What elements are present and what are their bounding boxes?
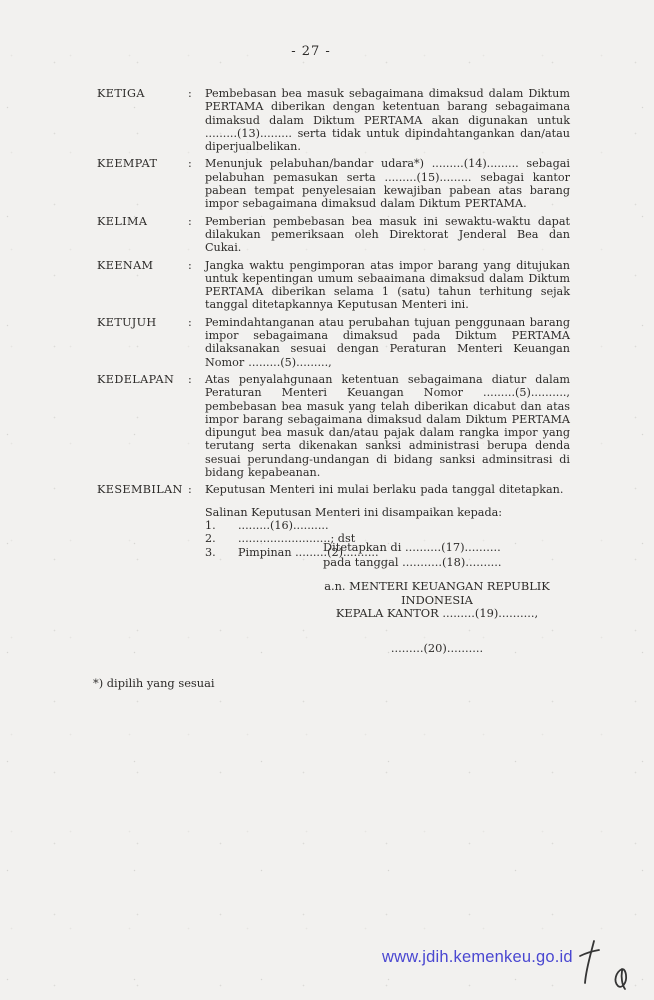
dictum-list: KETIGA : Pembebasan bea masuk sebagaiman… bbox=[97, 87, 570, 559]
dictum-row-ketujuh: KETUJUH : Pemindahtanganan atau perubaha… bbox=[97, 316, 570, 369]
handwritten-pen-mark bbox=[575, 933, 645, 999]
closing-place: Ditetapkan di ..........(17).......... bbox=[323, 540, 502, 555]
dictum-label: KELIMA bbox=[97, 215, 188, 255]
watermark: www.jdih.kemenkeu.go.id bbox=[382, 948, 573, 967]
dictum-text: Pemindahtanganan atau perubahan tujuan p… bbox=[205, 316, 570, 369]
dictum-colon: : bbox=[188, 87, 205, 153]
page-number: - 27 - bbox=[0, 44, 622, 59]
closing-date: pada tanggal ...........(18).......... bbox=[323, 555, 502, 570]
closing-place-date: Ditetapkan di ..........(17).......... p… bbox=[323, 540, 502, 569]
item-number: 1. bbox=[205, 519, 238, 532]
distribution-intro: Salinan Keputusan Menteri ini disampaika… bbox=[205, 506, 570, 519]
signature-placeholder: .........(20).......... bbox=[293, 641, 581, 655]
distribution-item: 1. .........(16).......... bbox=[205, 519, 570, 532]
dictum-colon: : bbox=[188, 259, 205, 312]
dictum-row-keempat: KEEMPAT : Menunjuk pelabuhan/bandar udar… bbox=[97, 157, 570, 210]
dictum-label: KEEMPAT bbox=[97, 157, 188, 210]
scanned-document-page: { "ui": { "colon": ":" }, "page": { "num… bbox=[0, 0, 654, 1000]
dictum-text: Keputusan Menteri ini mulai berlaku pada… bbox=[205, 483, 570, 496]
dictum-colon: : bbox=[188, 316, 205, 369]
item-number: 2. bbox=[205, 532, 238, 545]
dictum-row-kesembilan: KESEMBILAN : Keputusan Menteri ini mulai… bbox=[97, 483, 570, 496]
dictum-colon: : bbox=[188, 373, 205, 479]
pen-stroke-t bbox=[585, 941, 594, 983]
item-number: 3. bbox=[205, 546, 238, 559]
item-text: .........(16).......... bbox=[238, 519, 329, 532]
dictum-label: KETIGA bbox=[97, 87, 188, 153]
dictum-text: Jangka waktu pengimporan atas impor bara… bbox=[205, 259, 570, 312]
authority-line-2: KEPALA KANTOR .........(19).........., bbox=[293, 607, 581, 621]
dictum-label: KETUJUH bbox=[97, 316, 188, 369]
dictum-label: KESEMBILAN bbox=[97, 483, 188, 496]
footnote: *) dipilih yang sesuai bbox=[93, 676, 215, 690]
dictum-text: Menunjuk pelabuhan/bandar udara*) ......… bbox=[205, 157, 570, 210]
dictum-colon: : bbox=[188, 215, 205, 255]
dictum-label: KEDELAPAN bbox=[97, 373, 188, 479]
dictum-text: Pembebasan bea masuk sebagaimana dimaksu… bbox=[205, 87, 570, 153]
dictum-row-kelima: KELIMA : Pemberian pembebasan bea masuk … bbox=[97, 215, 570, 255]
dictum-colon: : bbox=[188, 157, 205, 210]
dictum-text: Atas penyalahgunaan ketentuan sebagaiman… bbox=[205, 373, 570, 479]
dictum-row-keenam: KEENAM : Jangka waktu pengimporan atas i… bbox=[97, 259, 570, 312]
dictum-colon: : bbox=[188, 483, 205, 496]
dictum-text: Pemberian pembebasan bea masuk ini sewak… bbox=[205, 215, 570, 255]
dictum-row-kedelapan: KEDELAPAN : Atas penyalahgunaan ketentua… bbox=[97, 373, 570, 479]
pen-stroke-loop bbox=[615, 969, 626, 989]
dictum-label: KEENAM bbox=[97, 259, 188, 312]
dictum-row-ketiga: KETIGA : Pembebasan bea masuk sebagaiman… bbox=[97, 87, 570, 153]
authority-line-1: a.n. MENTERI KEUANGAN REPUBLIK INDONESIA bbox=[293, 580, 581, 607]
signing-authority: a.n. MENTERI KEUANGAN REPUBLIK INDONESIA… bbox=[293, 580, 581, 621]
